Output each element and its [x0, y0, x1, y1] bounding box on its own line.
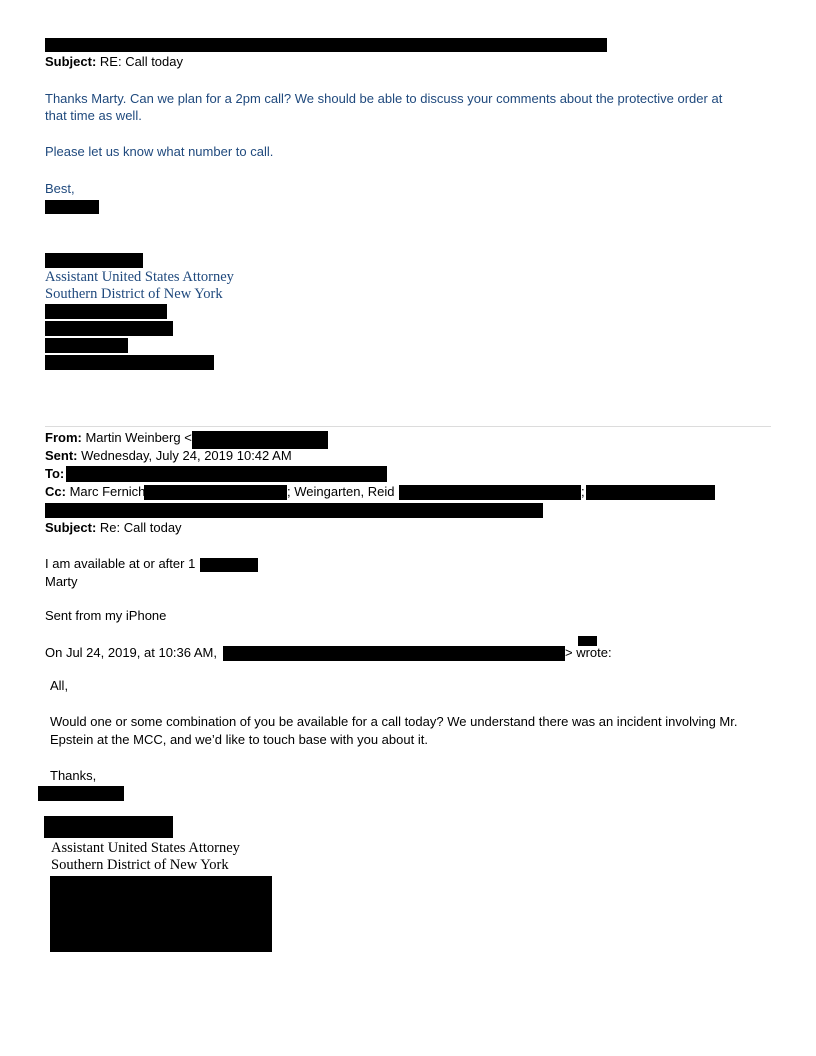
cc-label: Cc: — [45, 484, 66, 499]
reply-body-line-2: that time as well. — [45, 107, 142, 125]
to-label: To: — [45, 466, 64, 481]
reply-closing: Best, — [45, 180, 75, 198]
quoted-signature-office: Southern District of New York — [51, 857, 229, 874]
redaction-signature-line-2 — [45, 321, 173, 336]
quote-header-suffix: > wrote: — [565, 644, 612, 662]
subject-label: Subject: — [45, 54, 96, 69]
redaction-signature-line-1 — [45, 304, 167, 319]
redaction-cc-email-3 — [586, 485, 715, 500]
redaction-available-time — [200, 558, 258, 572]
cc-line-part-2: ; Weingarten, Reid — [287, 483, 394, 501]
redaction-quote-sender — [223, 646, 565, 661]
reply-body-line-3: Please let us know what number to call. — [45, 143, 273, 161]
cc-name-2: Weingarten, Reid — [291, 484, 395, 499]
redaction-quoted-sender-name — [38, 786, 124, 801]
sent-label: Sent: — [45, 448, 78, 463]
quoted-closing: Thanks, — [50, 767, 96, 785]
quoted-body-line-2: Epstein at the MCC, and we’d like to tou… — [50, 731, 428, 749]
from-value: Martin Weinberg < — [82, 430, 192, 445]
from-label: From: — [45, 430, 82, 445]
cc-name-1: Marc Fernich — [66, 484, 145, 499]
redaction-sender-name — [45, 200, 99, 214]
redaction-cc-email-1 — [144, 485, 287, 500]
forwarded-body-line-1: I am available at or after 1 — [45, 555, 195, 573]
redaction-signature-name — [45, 253, 143, 268]
redaction-quoted-signature-name — [44, 816, 173, 838]
redaction-signature-line-4 — [45, 355, 214, 370]
quoted-greeting: All, — [50, 677, 68, 695]
subject-value: RE: Call today — [96, 54, 183, 69]
redaction-header-block — [45, 38, 607, 52]
quoted-body-line-1: Would one or some combination of you be … — [50, 713, 737, 731]
forwarded-subject-line: Subject: Re: Call today — [45, 519, 182, 537]
redaction-signature-line-3 — [45, 338, 128, 353]
redaction-quoted-signature-block — [50, 876, 272, 952]
cc-line: Cc: Marc Fernich — [45, 483, 145, 501]
signature-office: Southern District of New York — [45, 286, 223, 303]
redaction-cc-email-2 — [399, 485, 581, 500]
redaction-to-recipients — [66, 466, 387, 482]
reply-body-line-1: Thanks Marty. Can we plan for a 2pm call… — [45, 90, 722, 108]
signature-title: Assistant United States Attorney — [45, 269, 234, 286]
to-line: To: — [45, 465, 64, 483]
forwarded-body-line-2: Marty — [45, 573, 78, 591]
quoted-signature-title: Assistant United States Attorney — [51, 840, 240, 857]
redaction-cc-continued — [45, 503, 543, 518]
message-separator — [45, 426, 771, 427]
reply-subject-line: Subject: RE: Call today — [45, 53, 183, 71]
quote-header-prefix: On Jul 24, 2019, at 10:36 AM, — [45, 644, 217, 662]
from-line: From: Martin Weinberg < — [45, 429, 192, 447]
sent-line: Sent: Wednesday, July 24, 2019 10:42 AM — [45, 447, 292, 465]
forwarded-subject-label: Subject: — [45, 520, 96, 535]
cc-separator-2: ; — [581, 483, 585, 501]
sent-value: Wednesday, July 24, 2019 10:42 AM — [78, 448, 292, 463]
forwarded-body-line-3: Sent from my iPhone — [45, 607, 166, 625]
forwarded-subject-value: Re: Call today — [96, 520, 181, 535]
